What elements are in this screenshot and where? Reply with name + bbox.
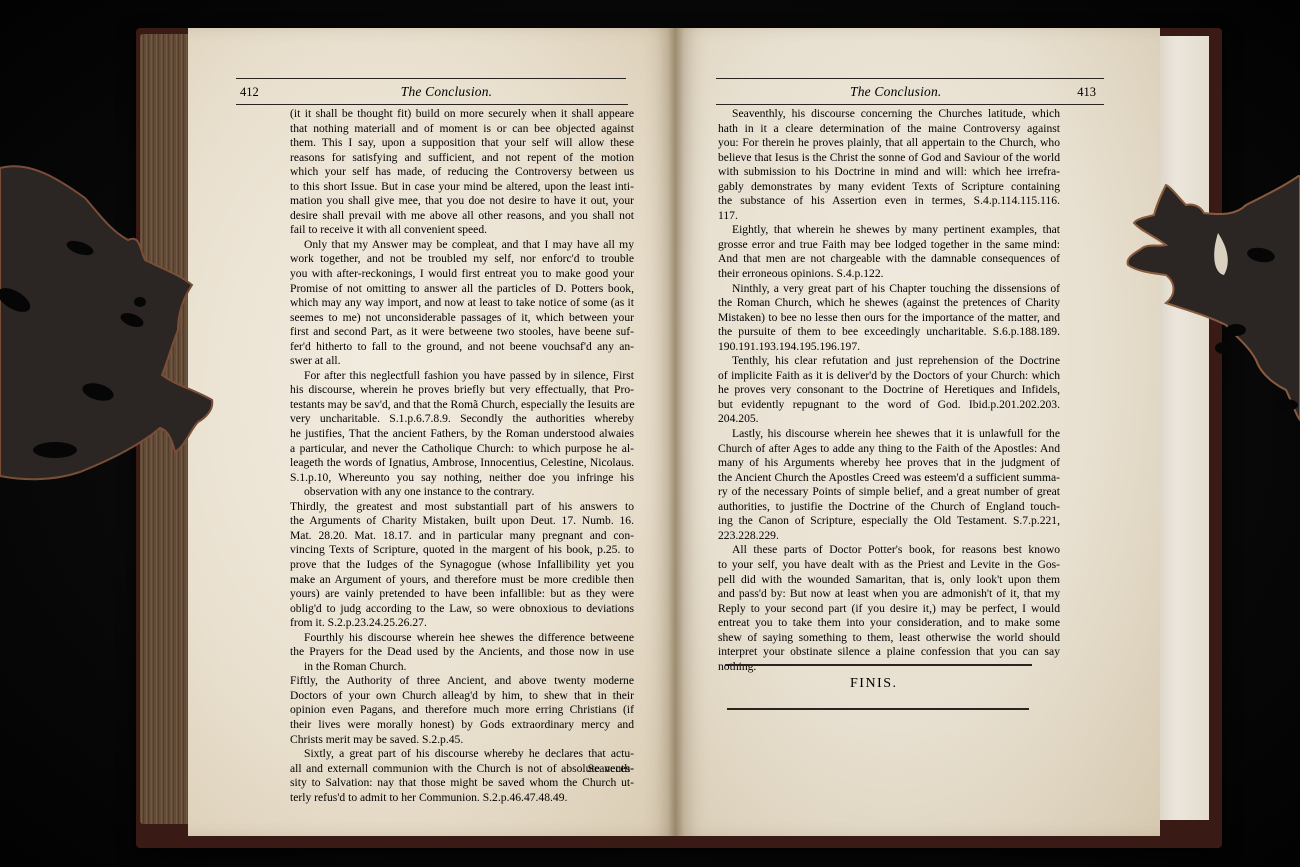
running-head-right: The Conclusion. <box>850 84 942 100</box>
text-line: fer'd hitherto to fall to the ground, an… <box>290 340 634 355</box>
text-line: opinion even Pagans, and therefore much … <box>290 703 634 718</box>
text-line: ry of the necessary Points of simple bel… <box>718 485 1060 500</box>
text-line: Fiftly, the Authority of three Ancient, … <box>290 674 634 689</box>
text-line: to your self, you have dealt with as the… <box>718 558 1060 573</box>
text-line: interpret your obstinate silence a plain… <box>718 645 1060 660</box>
finis-top-rule <box>725 664 1032 666</box>
text-line: their lives were morally honest) by Gods… <box>290 718 634 733</box>
finis-bottom-rule <box>727 708 1029 710</box>
catchword: Seaventh- <box>290 762 634 777</box>
text-line: Only that my Answer may be compleat, and… <box>290 238 634 253</box>
text-line: to this short Issue. But in case your mi… <box>290 180 634 195</box>
text-line: terly refus'd to admit to her Communion.… <box>290 791 634 806</box>
text-line: work together, and not be troubled my se… <box>290 252 634 267</box>
text-line: prove that the Iudges of the Synagogue (… <box>290 558 634 573</box>
text-line: Mat. 28.20. Mat. 18.17. and in particula… <box>290 529 634 544</box>
text-line: Sixtly, a great part of his discourse wh… <box>290 747 634 762</box>
text-line: you: For therein he proves plainly, that… <box>718 136 1060 151</box>
text-line: Thirdly, the greatest and most substanti… <box>290 500 634 515</box>
text-line: hath in it a cleare determination of the… <box>718 122 1060 137</box>
text-line: of implicite Faith as it is deliver'd by… <box>718 369 1060 384</box>
text-line: fail to receive it with all convenient s… <box>290 223 634 238</box>
text-line: make an Argument of yours, and therefore… <box>290 573 634 588</box>
text-line: gably demonstrates by many evident Texts… <box>718 180 1060 195</box>
text-line: Lastly, his discourse wherein hee shewes… <box>718 427 1060 442</box>
text-line: pell did with the wounded Samaritan, tha… <box>718 573 1060 588</box>
text-line: Fourthly his discourse wherein hee shewe… <box>290 631 634 646</box>
text-line: the substance of his Assertion even in t… <box>718 194 1060 209</box>
text-line: but evidently repugnant to the word of G… <box>718 398 1060 413</box>
text-line: entreat you to take them into your consi… <box>718 616 1060 631</box>
text-line: Promise of not omitting to answer all th… <box>290 282 634 297</box>
text-line: the Roman Church, which he shewes (again… <box>718 296 1060 311</box>
text-line: Doctors of your own Church alleag'd by h… <box>290 689 634 704</box>
text-line: a particular, and never the Catholique C… <box>290 442 634 457</box>
text-line: desire shall prevail with me above all o… <box>290 209 634 224</box>
text-line: 204.205. <box>718 412 1060 427</box>
text-line: 117. <box>718 209 1060 224</box>
text-line: leageth the words of Ignatius, Ambrose, … <box>290 456 634 471</box>
page-number-left: 412 <box>240 85 259 100</box>
text-line: the pursuite of them to bee exceedingly … <box>718 325 1060 340</box>
text-line: S.1.p.10, Whereunto you say nothing, nei… <box>290 471 634 486</box>
text-line: shew of saying something to them, least … <box>718 631 1060 646</box>
text-line: mation you shall give mee, that you doe … <box>290 194 634 209</box>
top-rule-right <box>716 78 1104 79</box>
text-line: the Prayers for the Dead used by the Anc… <box>290 645 634 660</box>
text-line: Eightly, that wherein he shewes by many … <box>718 223 1060 238</box>
text-line: ing the Canon of Scripture, especially t… <box>718 514 1060 529</box>
text-line: vincing Texts of Scripture, quoted in th… <box>290 543 634 558</box>
text-line: very uncharitable. S.1.p.6.7.8.9. Second… <box>290 412 634 427</box>
text-line: authorities, to justifie the Doctrine of… <box>718 500 1060 515</box>
text-line: believe that Iesus is the Christ the son… <box>718 151 1060 166</box>
text-line: Christs merit may be saved. S.2.p.45. <box>290 733 634 748</box>
text-line: 223.228.229. <box>718 529 1060 544</box>
text-line: Seaventhly, his discourse concerning the… <box>718 107 1060 122</box>
right-page-header: The Conclusion. 413 <box>716 84 1096 100</box>
text-line: Tenthly, his clear refutation and just r… <box>718 354 1060 369</box>
gutter-shadow <box>668 28 684 836</box>
finis: FINIS. <box>850 676 898 692</box>
text-line: And that men are not chargeable with the… <box>718 252 1060 267</box>
text-line: them. This I say, upon a supposition tha… <box>290 136 634 151</box>
header-rule-right <box>716 104 1104 105</box>
text-line: nothing. <box>718 660 1060 675</box>
text-line: with submission to his Doctrine in mind … <box>718 165 1060 180</box>
text-line: Mistaken) to bee no lesse then ours for … <box>718 311 1060 326</box>
text-line: many of his Arguments whereby hee proves… <box>718 456 1060 471</box>
text-line: that nothing materiall and of moment is … <box>290 122 634 137</box>
page-number-right: 413 <box>1077 85 1096 100</box>
text-line: first and second Part, as it were betwee… <box>290 325 634 340</box>
text-line: Ninthly, a very great part of his Chapte… <box>718 282 1060 297</box>
text-line: and pass'd by: But now at least when you… <box>718 587 1060 602</box>
text-line: reasons for satisfying and sufficient, a… <box>290 151 634 166</box>
text-line: Reply to your second part (if you desire… <box>718 602 1060 617</box>
left-catchword-block: Seaventh- <box>290 762 634 777</box>
header-rule-left <box>236 104 628 105</box>
text-line: seemes to me) not unconsiderable passage… <box>290 311 634 326</box>
text-line: 190.191.193.194.195.196.197. <box>718 340 1060 355</box>
text-line: the Ancient Church the Apostles Creed wa… <box>718 471 1060 486</box>
right-page-text: Seaventhly, his discourse concerning the… <box>718 107 1060 674</box>
text-line: sity to Salvation: nay that those might … <box>290 776 634 791</box>
running-head-left: The Conclusion. <box>401 84 493 100</box>
text-line: testants may be sav'd, and that the Romã… <box>290 398 634 413</box>
text-line: their erroneous opinions. S.4.p.122. <box>718 267 1060 282</box>
text-line: All these parts of Doctor Potter's book,… <box>718 543 1060 558</box>
text-line: you with after-reckonings, I would first… <box>290 267 634 282</box>
text-line: (it it shall be thought fit) build on mo… <box>290 107 634 122</box>
left-page-text: (it it shall be thought fit) build on mo… <box>290 107 634 805</box>
text-line: observation with any one instance to the… <box>290 485 634 500</box>
text-line: which your self has made, of reducing th… <box>290 165 634 180</box>
page-edges-right <box>1152 36 1209 820</box>
text-line: grosse error and true Faith may bee lodg… <box>718 238 1060 253</box>
text-line: from it. S.2.p.23.24.25.26.27. <box>290 616 634 631</box>
top-rule-left <box>236 78 626 79</box>
text-line: in the Roman Church. <box>290 660 634 675</box>
text-line: he justifies, That the ancient Fathers, … <box>290 427 634 442</box>
text-line: his discourse, wherein he proves briefly… <box>290 383 634 398</box>
text-line: swer at all. <box>290 354 634 369</box>
text-line: For after this neglectfull fashion you h… <box>290 369 634 384</box>
text-line: he proves very consonant to the Doctrine… <box>718 383 1060 398</box>
text-line: yours) are vainly pretended to have been… <box>290 587 634 602</box>
text-line: oblig'd to judg according to the Law, so… <box>290 602 634 617</box>
right-clasp-icon <box>1126 175 1300 425</box>
text-line: Church of after Ages to adde any thing t… <box>718 442 1060 457</box>
text-line: the Arguments of Charity Mistaken, built… <box>290 514 634 529</box>
left-page-header: 412 The Conclusion. <box>240 84 628 100</box>
text-line: which may any way import, and now at lea… <box>290 296 634 311</box>
left-clasp-icon <box>0 160 220 490</box>
